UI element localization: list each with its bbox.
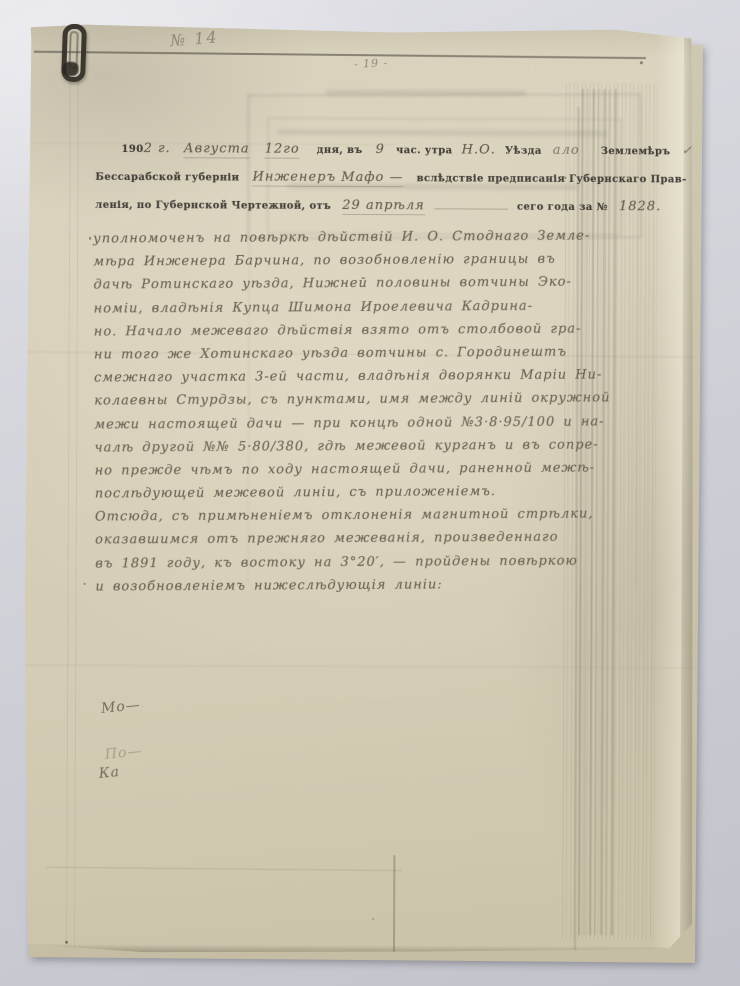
handwritten-surveyor-name: Инженеръ Мафо — (252, 170, 403, 188)
handwritten-line: но. Начало межеваго дѣйствія взято отъ с… (94, 321, 596, 347)
handwritten-line: оказавшимся отъ прежняго межеванія, прои… (95, 530, 597, 556)
printed-year-prefix: 190 (121, 144, 143, 155)
handwritten-uezd-note: ало (553, 143, 580, 158)
handwritten-order-date: 29 апрѣля (342, 198, 425, 215)
printed-uezd-label: Уѣзда (505, 146, 542, 157)
ink-speck (84, 583, 86, 585)
ink-speck (372, 918, 374, 920)
handwritten-tick: ✓ (681, 143, 693, 158)
header-line-3: ленія, по Губернской Чертежной, отъ 29 а… (95, 193, 629, 223)
blank-fill-line (434, 197, 508, 209)
margin-note-ka: Ка (98, 764, 121, 782)
ink-speck (89, 237, 91, 240)
handwritten-hour: 9 (376, 142, 385, 157)
handwritten-line: въ 1891 году, къ востоку на 3°20′, — про… (95, 553, 597, 579)
header-line-2: Бессарабской губерніи Инженеръ Мафо — вс… (95, 165, 629, 195)
handwritten-line: дачѣ Ротинскаго уѣзда, Нижней половины в… (93, 275, 595, 301)
handwritten-month: Августа (184, 141, 250, 158)
ink-speck (640, 61, 643, 64)
printed-order-number-label: сего года за № (517, 202, 608, 213)
photo-backdrop: № 14 - 19 - 1902 г. Августа 12го дня, въ… (0, 0, 740, 986)
printed-gubernia-label: Бессарабской губерніи (95, 172, 239, 184)
printed-hour-label: час. утра (396, 145, 453, 156)
handwritten-line: ни того же Хотинскаго уѣзда вотчины с. Г… (94, 344, 596, 370)
left-margin-rule (74, 23, 79, 953)
margin-note-po: По— (104, 743, 143, 763)
handwritten-line: и возобновленіемъ нижеслѣдующія линіи: (95, 576, 597, 602)
handwritten-line: колаевны Стурдзы, съ пунктами, имя между… (94, 391, 596, 417)
handwritten-line: номіи, владѣнія Купца Шимона Ироелевича … (94, 298, 596, 324)
handwritten-line: смежнаго участка 3-ей части, владѣнія дв… (94, 368, 596, 394)
printed-directive-text: вслѣдствіе предписанія Губернскаго Прав- (417, 173, 687, 185)
handwritten-line: чалѣ другой №№ 5·80/380, гдѣ межевой кур… (94, 437, 596, 463)
paper-clip-foot (62, 62, 78, 77)
handwritten-line: но прежде чѣмъ по ходу настоящей дачи, р… (95, 460, 597, 486)
handwritten-body: уполномоченъ на повѣркѣ дѣйствій И. О. С… (93, 228, 597, 602)
left-margin-rule (66, 23, 71, 953)
corner-number-mark: № 14 (169, 27, 219, 50)
handwritten-year: 2 г. (144, 141, 171, 156)
header-line-1: 1902 г. Августа 12го дня, въ 9 час. утра… (95, 137, 629, 167)
form-header: 1902 г. Августа 12го дня, въ 9 час. утра… (95, 137, 629, 223)
ink-speck (564, 177, 566, 179)
printed-office-text: ленія, по Губернской Чертежной, отъ (95, 200, 331, 212)
handwritten-line: послѣдующей межевой линіи, съ приложеніе… (95, 483, 597, 509)
handwritten-line: уполномоченъ на повѣркѣ дѣйствій И. О. С… (93, 228, 595, 254)
handwritten-day: 12го (265, 142, 300, 159)
document-page: № 14 - 19 - 1902 г. Августа 12го дня, въ… (22, 23, 696, 956)
paper-clip (57, 21, 93, 84)
printed-day-label: дня, въ (317, 145, 363, 156)
bottom-pencil-line-horizontal (46, 867, 402, 871)
handwritten-order-number: 1828. (619, 199, 661, 214)
margin-note-mo: Мо— (100, 697, 141, 717)
ink-speck (65, 941, 68, 944)
handwritten-line: межи настоящей дачи — при концѣ одной №3… (94, 414, 596, 440)
bleedthrough-text-row (326, 90, 526, 96)
page-number-mark: - 19 - (354, 56, 389, 71)
printed-surveyor-label: Землемѣръ (601, 146, 671, 157)
handwritten-uezd-initials: Н.О. (462, 142, 496, 157)
